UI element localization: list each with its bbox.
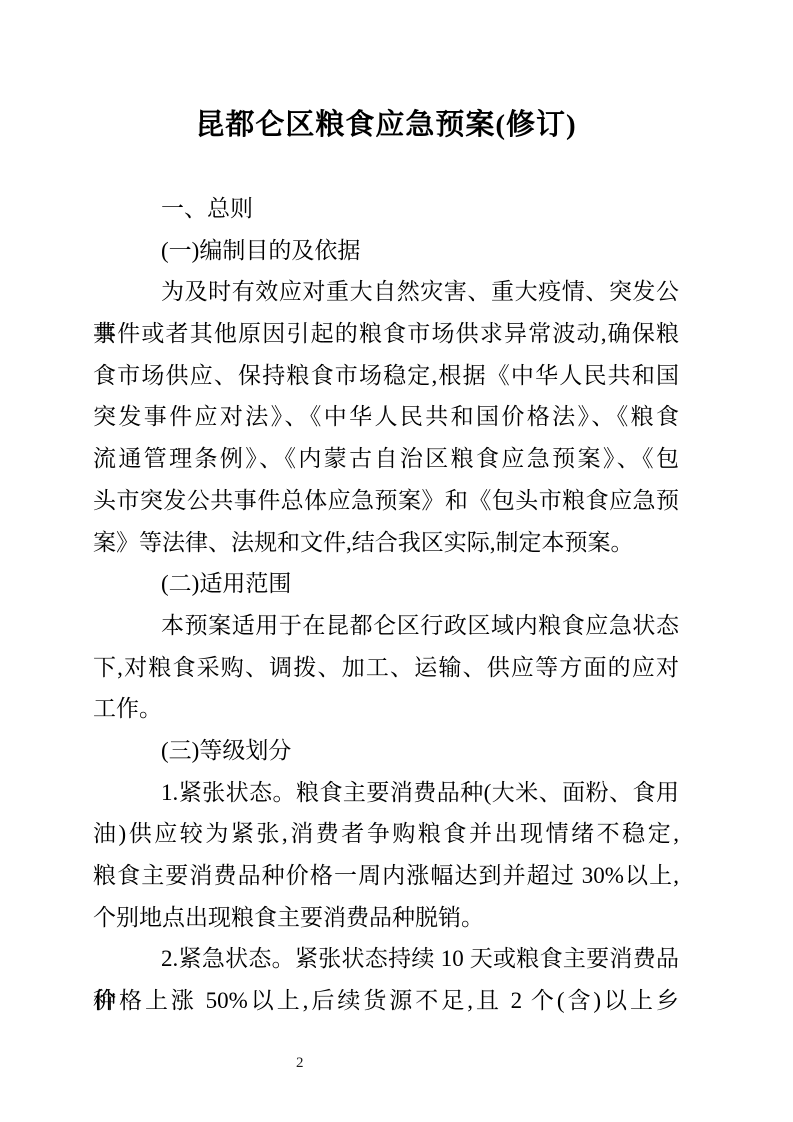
text-line: 下,对粮食采购、调拨、加工、运输、供应等方面的应对	[93, 647, 679, 689]
text-line: 食市场供应、保持粮食市场稳定,根据《中华人民共和国	[93, 355, 679, 397]
text-line: 工作。	[93, 688, 679, 730]
document-title: 昆都仑区粮食应急预案(修订)	[93, 103, 679, 147]
text-line: 案》等法律、法规和文件,结合我区实际,制定本预案。	[93, 522, 679, 564]
text-line: 油)供应较为紧张,消费者争购粮食并出现情绪不稳定,	[93, 813, 679, 855]
text-line: 本预案适用于在昆都仑区行政区域内粮食应急状态	[93, 605, 679, 647]
text-line: 突发事件应对法》、《中华人民共和国价格法》、《粮食	[93, 396, 679, 438]
text-line: 个别地点出现粮食主要消费品种脱销。	[93, 897, 679, 939]
text-line: 事件或者其他原因引起的粮食市场供求异常波动,确保粮	[93, 313, 679, 355]
text-line: 价格上涨 50%以上,后续货源不足,且 2 个(含)以上乡	[93, 980, 679, 1022]
text-line: (一)编制目的及依据	[93, 230, 679, 272]
text-line: 2.紧急状态。紧张状态持续 10 天或粮食主要消费品种	[93, 938, 679, 980]
document-body: 一、总则(一)编制目的及依据为及时有效应对重大自然灾害、重大疫情、突发公共事件或…	[93, 188, 679, 1022]
text-line: 一、总则	[93, 188, 679, 230]
document-page: 昆都仑区粮食应急预案(修订) 一、总则(一)编制目的及依据为及时有效应对重大自然…	[0, 0, 793, 1122]
text-line: 1.紧张状态。粮食主要消费品种(大米、面粉、食用	[93, 772, 679, 814]
text-line: (三)等级划分	[93, 730, 679, 772]
page-number: 2	[296, 1054, 304, 1072]
text-line: 粮食主要消费品种价格一周内涨幅达到并超过 30%以上,	[93, 855, 679, 897]
text-line: 头市突发公共事件总体应急预案》和《包头市粮食应急预	[93, 480, 679, 522]
text-line: (二)适用范围	[93, 563, 679, 605]
text-line: 为及时有效应对重大自然灾害、重大疫情、突发公共	[93, 271, 679, 313]
text-line: 流通管理条例》、《内蒙古自治区粮食应急预案》、《包	[93, 438, 679, 480]
